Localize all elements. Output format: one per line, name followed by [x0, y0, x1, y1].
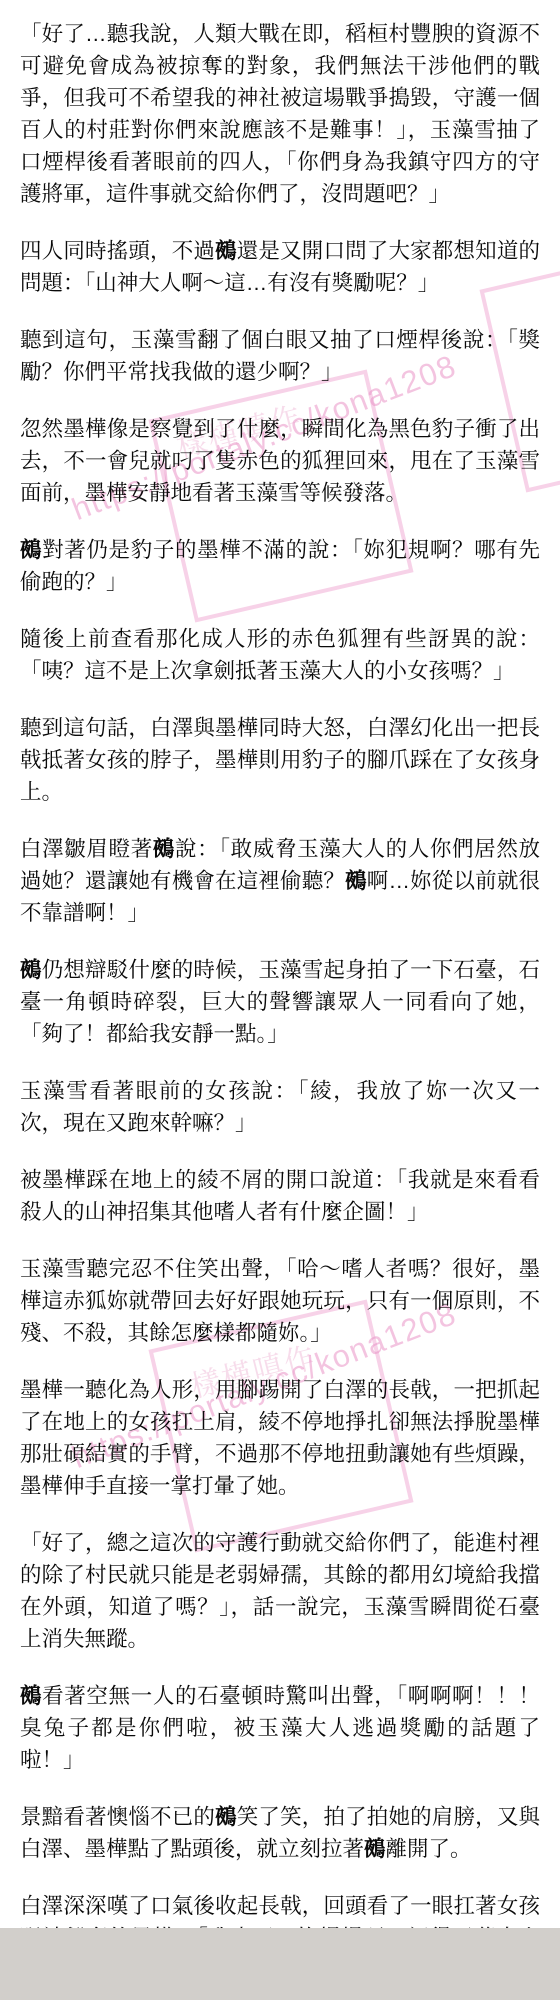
- story-paragraph: 玉藻雪聽完忍不住笑出聲，「哈～嗜人者嗎？很好，墨樺這赤狐妳就帶回去好好跟她玩玩，…: [20, 1253, 540, 1349]
- story-paragraph: 玉藻雪看著眼前的女孩說：「綾，我放了妳一次又一次，現在又跑來幹嘛？」: [20, 1075, 540, 1139]
- story-text: 「好了…聽我說，人類大戰在即，稻桓村豐腴的資源不可避免會成為被掠奪的對象，我們無…: [0, 0, 560, 1986]
- story-paragraph: 白澤皺眉瞪著鵺說：「敢威脅玉藻大人的人你們居然放過她？還讓她有機會在這裡偷聽？鵺…: [20, 833, 540, 929]
- story-paragraph: 鵺對著仍是豹子的墨樺不滿的說：「妳犯規啊？哪有先偷跑的？」: [20, 534, 540, 598]
- story-paragraph: 「好了…聽我說，人類大戰在即，稻桓村豐腴的資源不可避免會成為被掠奪的對象，我們無…: [20, 18, 540, 210]
- story-paragraph: 忽然墨樺像是察覺到了什麼，瞬間化為黑色豹子衝了出去，不一會兒就叼了隻赤色的狐狸回…: [20, 413, 540, 509]
- story-paragraph: 「好了，總之這次的守護行動就交給你們了，能進村裡的除了村民就只能是老弱婦孺，其餘…: [20, 1527, 540, 1655]
- story-paragraph: 被墨樺踩在地上的綾不屑的開口說道：「我就是來看看殺人的山神招集其他嗜人者有什麼企…: [20, 1164, 540, 1228]
- story-paragraph: 聽到這句話，白澤與墨樺同時大怒，白澤幻化出一把長戟抵著女孩的脖子，墨樺則用豹子的…: [20, 712, 540, 808]
- novel-page: 樣槿嗔作 https://portaly.cc/kona1208 樣槿嗔作 ht…: [0, 0, 560, 2000]
- story-paragraph: 隨後上前查看那化成人形的赤色狐狸有些訝異的說：「咦？這不是上次拿劍抵著玉藻大人的…: [20, 623, 540, 687]
- story-paragraph: 鵺仍想辯駁什麼的時候，玉藻雪起身拍了一下石臺，石臺一角頓時碎裂，巨大的聲響讓眾人…: [20, 954, 540, 1050]
- page-footer-area: [0, 1928, 560, 2000]
- story-paragraph: 鵺看著空無一人的石臺頓時驚叫出聲，「啊啊啊！！！臭兔子都是你們啦，被玉藻大人逃過…: [20, 1680, 540, 1776]
- story-paragraph: 墨樺一聽化為人形，用腳踢開了白澤的長戟，一把抓起了在地上的女孩扛上肩，綾不停地掙…: [20, 1374, 540, 1502]
- story-paragraph: 聽到這句，玉藻雪翻了個白眼又抽了口煙桿後說：「獎勵？你們平常找我做的還少啊？」: [20, 324, 540, 388]
- story-paragraph: 景黯看著懊惱不已的鵺笑了笑，拍了拍她的肩膀，又與白澤、墨樺點了點頭後，就立刻拉著…: [20, 1801, 540, 1865]
- story-paragraph: 四人同時搖頭，不過鵺還是又開口問了大家都想知道的問題：「山神大人啊～這…有沒有獎…: [20, 235, 540, 299]
